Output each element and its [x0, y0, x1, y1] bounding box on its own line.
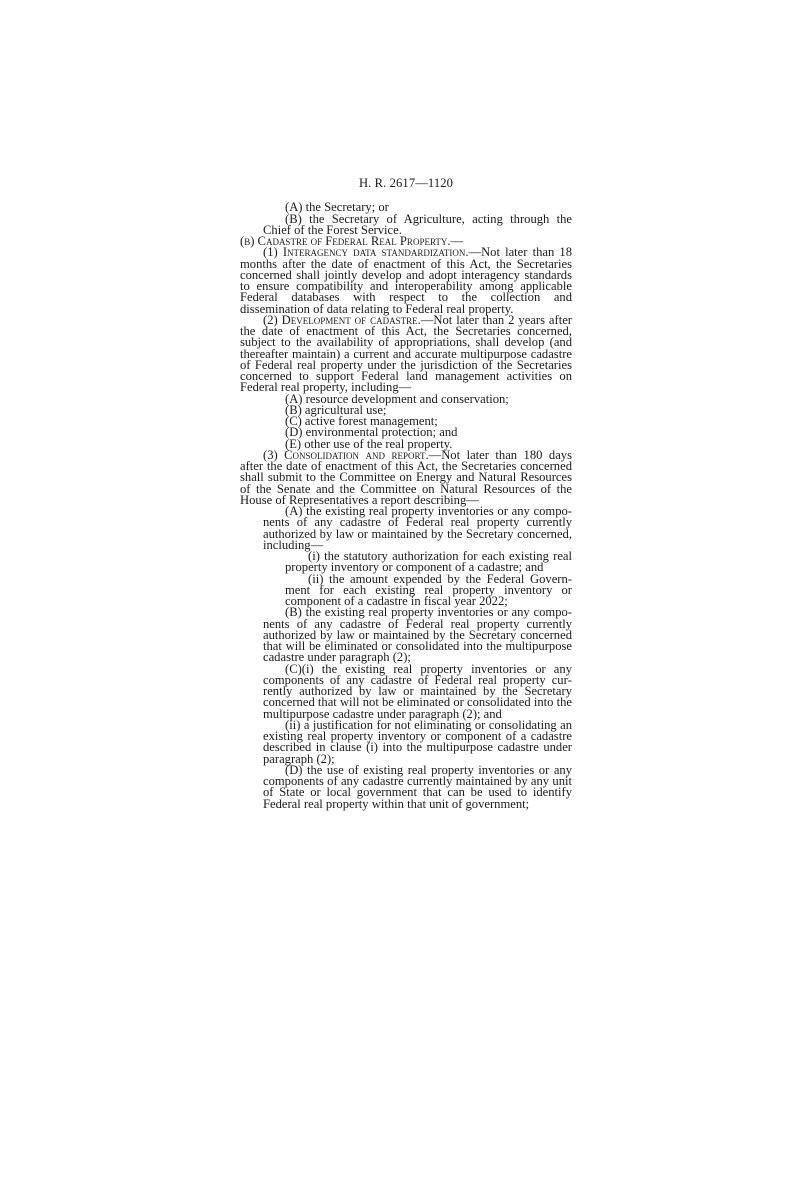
paragraph-b3: (3) Consolidation and report.—Not later …	[240, 450, 572, 506]
paragraph-b3-A: (A) the existing real property inventori…	[240, 506, 572, 551]
page-header: H. R. 2617—1120	[240, 178, 572, 189]
paragraph-b2-body: —Not later than 2 years after the date o…	[240, 313, 572, 395]
paragraph-b3-C-ii: (ii) a justification for not eliminating…	[240, 720, 572, 765]
paragraph-b3-B: (B) the existing real property inventori…	[240, 607, 572, 663]
paragraph-b3-A-i: (i) the statutory authorization for each…	[240, 551, 572, 574]
paragraph-b2: (2) Development of cadastre.—Not later t…	[240, 315, 572, 394]
paragraph-b3-D: (D) the use of existing real property in…	[240, 765, 572, 810]
paragraph-b1-body: —Not later than 18 months after the date…	[240, 245, 572, 315]
paragraph-b3-C-i: (C)(i) the existing real property invent…	[240, 664, 572, 720]
document-page: H. R. 2617—1120 (A) the Secretary; or (B…	[240, 178, 572, 810]
paragraph-a-B: (B) the Secretary of Agriculture, acting…	[240, 214, 572, 237]
paragraph-b3-A-ii: (ii) the amount expended by the Federal …	[240, 574, 572, 608]
paragraph-b1: (1) Interagency data standardization.—No…	[240, 247, 572, 315]
